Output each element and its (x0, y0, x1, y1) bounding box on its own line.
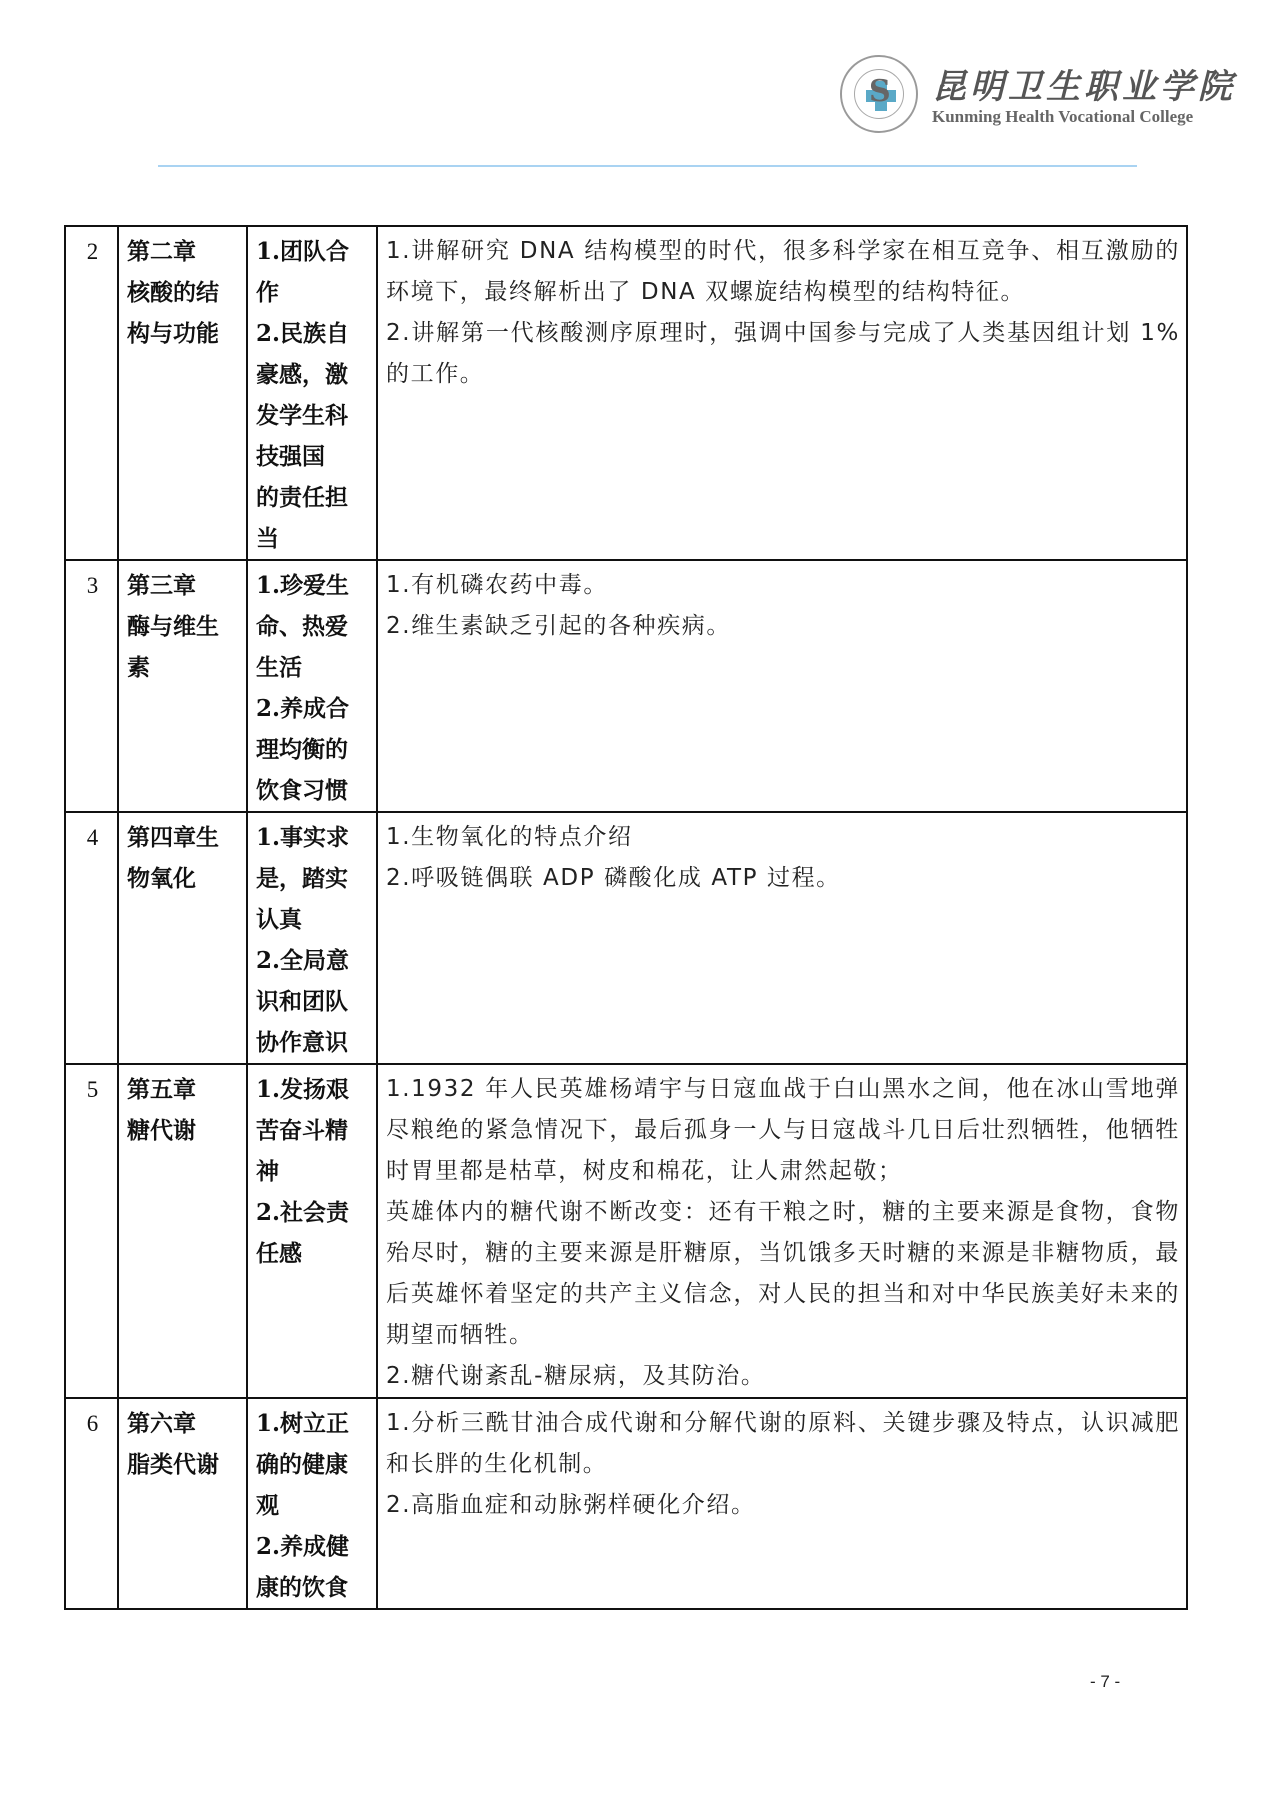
goal-line: 的责任担 (256, 477, 370, 518)
goal-line: 苦奋斗精 (256, 1110, 370, 1151)
content-paragraph: 2.糖代谢紊乱-糖尿病，及其防治。 (386, 1356, 1180, 1397)
chapter-cell: 第二章核酸的结构与功能 (118, 226, 247, 560)
ideology-goal-cell: 1.树立正确的健康观2.养成健康的饮食 (247, 1398, 377, 1609)
goal-line: 康的饮食 (256, 1567, 370, 1608)
goal-line: 技强国 (256, 436, 370, 477)
goal-line: 2.养成健 (256, 1526, 370, 1567)
chapter-cell: 第三章酶与维生素 (118, 560, 247, 812)
table-row: 5第五章糖代谢1.发扬艰苦奋斗精神2.社会责任感1.1932 年人民英雄杨靖宇与… (65, 1064, 1187, 1398)
goal-line: 认真 (256, 899, 370, 940)
row-number: 4 (65, 812, 118, 1064)
goal-line: 2.民族自 (256, 313, 370, 354)
content-paragraph: 英雄体内的糖代谢不断改变：还有干粮之时，糖的主要来源是食物，食物殆尽时，糖的主要… (386, 1192, 1180, 1356)
teaching-content-cell: 1.有机磷农药中毒。2.维生素缺乏引起的各种疾病。 (377, 560, 1187, 812)
goal-line: 理均衡的 (256, 729, 370, 770)
course-ideology-table: 2第二章核酸的结构与功能1.团队合作2.民族自豪感，激发学生科技强国的责任担当1… (64, 225, 1188, 1610)
ideology-goal-cell: 1.珍爱生命、热爱生活2.养成合理均衡的饮食习惯 (247, 560, 377, 812)
goal-line: 1.珍爱生 (256, 565, 370, 606)
table-row: 2第二章核酸的结构与功能1.团队合作2.民族自豪感，激发学生科技强国的责任担当1… (65, 226, 1187, 560)
goal-line: 1.树立正 (256, 1403, 370, 1444)
goal-line: 确的健康 (256, 1444, 370, 1485)
chapter-line: 脂类代谢 (127, 1444, 240, 1485)
content-paragraph: 2.维生素缺乏引起的各种疾病。 (386, 606, 1180, 647)
goal-line: 任感 (256, 1233, 370, 1274)
content-paragraph: 2.呼吸链偶联 ADP 磷酸化成 ATP 过程。 (386, 858, 1180, 899)
content-paragraph: 2.高脂血症和动脉粥样硬化介绍。 (386, 1485, 1180, 1526)
chapter-cell: 第四章生物氧化 (118, 812, 247, 1064)
college-name-en: Kunming Health Vocational College (932, 107, 1193, 127)
row-number: 2 (65, 226, 118, 560)
goal-line: 协作意识 (256, 1022, 370, 1063)
row-number: 5 (65, 1064, 118, 1398)
goal-line: 作 (256, 272, 370, 313)
table-row: 4第四章生物氧化1.事实求是，踏实认真2.全局意识和团队协作意识1.生物氧化的特… (65, 812, 1187, 1064)
teaching-content-cell: 1.1932 年人民英雄杨靖宇与日寇血战于白山黑水之间，他在冰山雪地弹尽粮绝的紧… (377, 1064, 1187, 1398)
teaching-content-cell: 1.讲解研究 DNA 结构模型的时代，很多科学家在相互竞争、相互激励的环境下，最… (377, 226, 1187, 560)
content-paragraph: 1.生物氧化的特点介绍 (386, 817, 1180, 858)
chapter-line: 酶与维生 (127, 606, 240, 647)
goal-line: 是，踏实 (256, 858, 370, 899)
content-paragraph: 1.1932 年人民英雄杨靖宇与日寇血战于白山黑水之间，他在冰山雪地弹尽粮绝的紧… (386, 1069, 1180, 1192)
content-paragraph: 2.讲解第一代核酸测序原理时，强调中国参与完成了人类基因组计划 1%的工作。 (386, 313, 1180, 395)
content-paragraph: 1.讲解研究 DNA 结构模型的时代，很多科学家在相互竞争、相互激励的环境下，最… (386, 231, 1180, 313)
goal-line: 命、热爱 (256, 606, 370, 647)
row-number: 6 (65, 1398, 118, 1609)
content-paragraph: 1.分析三酰甘油合成代谢和分解代谢的原料、关键步骤及特点，认识减肥和长胖的生化机… (386, 1403, 1180, 1485)
college-seal-icon: S (840, 55, 918, 133)
college-name-cn: 昆明卫生职业学院 (932, 59, 1236, 108)
header-divider (158, 165, 1137, 167)
row-number: 3 (65, 560, 118, 812)
goal-line: 生活 (256, 647, 370, 688)
goal-line: 发学生科 (256, 395, 370, 436)
page-number: - 7 - (1090, 1672, 1120, 1692)
table-row: 3第三章酶与维生素1.珍爱生命、热爱生活2.养成合理均衡的饮食习惯1.有机磷农药… (65, 560, 1187, 812)
chapter-line: 构与功能 (127, 313, 240, 354)
chapter-line: 物氧化 (127, 858, 240, 899)
goal-line: 豪感，激 (256, 354, 370, 395)
ideology-goal-cell: 1.事实求是，踏实认真2.全局意识和团队协作意识 (247, 812, 377, 1064)
goal-line: 观 (256, 1485, 370, 1526)
goal-line: 神 (256, 1151, 370, 1192)
ideology-goal-cell: 1.团队合作2.民族自豪感，激发学生科技强国的责任担当 (247, 226, 377, 560)
goal-line: 当 (256, 518, 370, 559)
goal-line: 1.团队合 (256, 231, 370, 272)
chapter-line: 核酸的结 (127, 272, 240, 313)
chapter-line: 第五章 (127, 1069, 240, 1110)
chapter-line: 第三章 (127, 565, 240, 606)
goal-line: 饮食习惯 (256, 770, 370, 811)
content-paragraph: 1.有机磷农药中毒。 (386, 565, 1180, 606)
goal-line: 2.养成合 (256, 688, 370, 729)
goal-line: 2.全局意 (256, 940, 370, 981)
chapter-line: 素 (127, 647, 240, 688)
ideology-goal-cell: 1.发扬艰苦奋斗精神2.社会责任感 (247, 1064, 377, 1398)
goal-line: 识和团队 (256, 981, 370, 1022)
teaching-content-cell: 1.分析三酰甘油合成代谢和分解代谢的原料、关键步骤及特点，认识减肥和长胖的生化机… (377, 1398, 1187, 1609)
goal-line: 1.事实求 (256, 817, 370, 858)
chapter-line: 糖代谢 (127, 1110, 240, 1151)
teaching-content-cell: 1.生物氧化的特点介绍2.呼吸链偶联 ADP 磷酸化成 ATP 过程。 (377, 812, 1187, 1064)
chapter-cell: 第六章脂类代谢 (118, 1398, 247, 1609)
chapter-line: 第二章 (127, 231, 240, 272)
chapter-line: 第四章生 (127, 817, 240, 858)
chapter-cell: 第五章糖代谢 (118, 1064, 247, 1398)
goal-line: 2.社会责 (256, 1192, 370, 1233)
college-logo: S 昆明卫生职业学院 Kunming Health Vocational Col… (840, 55, 1220, 135)
goal-line: 1.发扬艰 (256, 1069, 370, 1110)
table-row: 6第六章脂类代谢1.树立正确的健康观2.养成健康的饮食1.分析三酰甘油合成代谢和… (65, 1398, 1187, 1609)
chapter-line: 第六章 (127, 1403, 240, 1444)
